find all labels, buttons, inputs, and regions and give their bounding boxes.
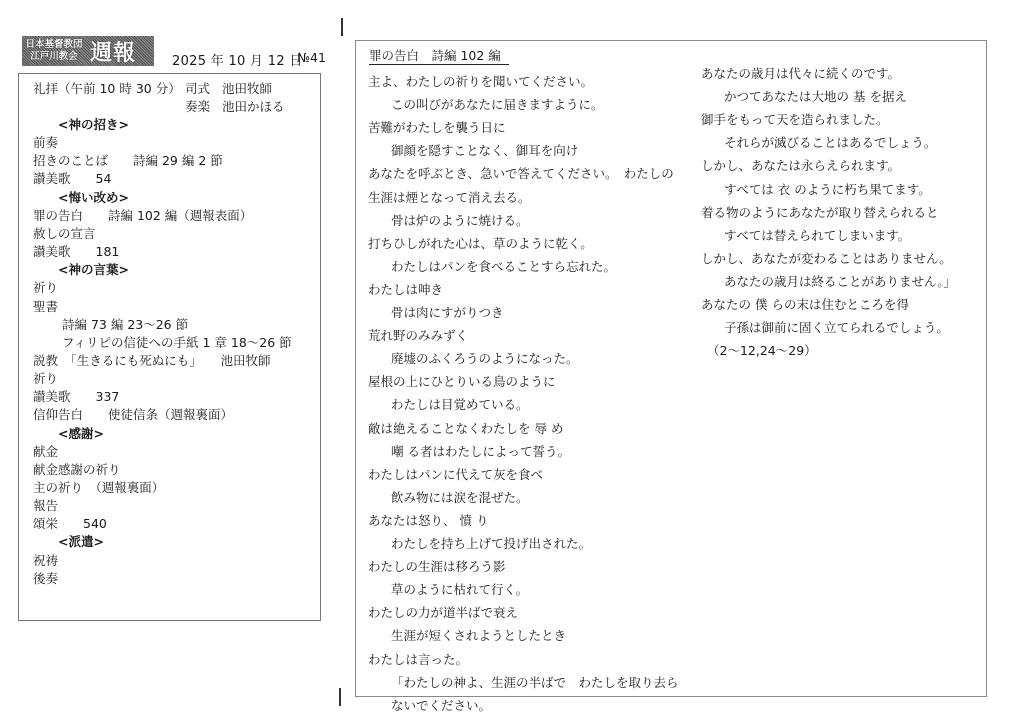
service-item: 祝祷: [33, 553, 58, 569]
psalm-line: ないでください。: [391, 698, 491, 714]
psalm-line: 骨は肉にすがりつき: [391, 305, 504, 321]
service-time: 礼拝（午前 10 時 30 分）: [33, 81, 181, 97]
psalm-line: 屋根の上にひとりいる鳥のように: [368, 374, 556, 390]
psalm-line: 敵は絶えることなくわたしを 辱 め: [368, 421, 563, 437]
psalm-line: あなたの歳月は終ることがありません。」: [724, 274, 956, 290]
section-heading: <悔い改め>: [58, 190, 129, 206]
psalm-line: 草のように枯れて行く。: [391, 582, 528, 598]
psalm-line: 嘲 る者はわたしによって誓う。: [391, 444, 570, 460]
section-heading: <派遣>: [58, 534, 104, 550]
service-item: 頌栄 540: [33, 516, 107, 532]
issue-number: №41: [297, 50, 326, 65]
psalm-line: わたしは目覚めている。: [391, 397, 529, 413]
service-item: 招きのことば 詩編 29 編 2 節: [33, 153, 223, 169]
service-item: 信仰告白 使徒信条（週報裏面）: [33, 407, 233, 423]
psalm-line: あなたの 僕 らの末は住むところを得: [701, 297, 909, 313]
psalm-line: わたしは呻き: [368, 282, 443, 298]
psalm-line: 生涯は煙となって消え去る。: [368, 190, 531, 206]
officiant-name: 池田牧師: [222, 81, 272, 97]
service-item: 詩編 73 編 23～26 節: [62, 317, 188, 333]
psalm-line: 荒れ野のみみずく: [368, 328, 468, 344]
fold-mark-bottom: [339, 688, 341, 706]
psalm-line: あなたは怒り、 憤 り: [368, 513, 488, 529]
psalm-line: 飲み物には涙を混ぜた。: [391, 490, 529, 506]
bulletin-title: 週報: [90, 36, 136, 67]
psalm-line: この叫びがあなたに届きますように。: [391, 97, 604, 113]
psalm-line: わたしはパンを食べることすら忘れた。: [391, 259, 616, 275]
psalm-line: わたしの生涯は移ろう影: [368, 559, 506, 575]
service-item: フィリピの信徒への手紙 1 章 18～26 節: [62, 335, 292, 351]
psalm-line: しかし、あなたが変わることはありません。: [701, 251, 952, 267]
bulletin-date: 2025 年 10 月 12 日: [172, 50, 303, 69]
section-heading: <感謝>: [58, 426, 104, 442]
church-name: 日本基督教団 江戸川教会: [22, 39, 86, 63]
psalm-line: 打ちひしがれた心は、草のように乾く。: [368, 236, 593, 252]
psalm-line: 御顔を隠すことなく、御耳を向け: [391, 143, 578, 159]
service-item: 献金感謝の祈り: [33, 462, 121, 478]
psalm-line: 主よ、わたしの祈りを聞いてください。: [368, 74, 593, 90]
service-item: 献金: [33, 444, 58, 460]
service-item: 讃美歌 181: [33, 244, 119, 260]
denomination-name: 日本基督教団: [25, 39, 82, 51]
service-item: 赦しの宣言: [33, 226, 96, 242]
service-item: 讃美歌 337: [33, 389, 119, 405]
service-item: 讃美歌 54: [33, 171, 111, 187]
service-item: 前奏: [33, 135, 58, 151]
section-heading: <神の言葉>: [58, 262, 129, 278]
organist-name: 池田かほる: [222, 99, 285, 115]
psalm-reference: （2～12,24～29）: [707, 343, 817, 359]
psalm-line: 「わたしの神よ、生涯の半ばで わたしを取り去ら: [391, 675, 679, 691]
psalm-line: わたしは言った。: [368, 652, 468, 668]
psalm-line: あなたの歳月は代々に続くのです。: [701, 66, 900, 82]
psalm-line: 廃墟のふくろうのようになった。: [391, 351, 579, 367]
psalm-line: 着る物のようにあなたが取り替えられると: [701, 205, 939, 221]
section-heading: <神の招き>: [58, 117, 129, 133]
psalm-line: しかし、あなたは永らえられます。: [701, 158, 900, 174]
psalm-line: 御手をもって天を造られました。: [701, 112, 889, 128]
service-item: 後奏: [33, 571, 58, 587]
service-item: 罪の告白 詩編 102 編（週報表面）: [33, 208, 252, 224]
psalm-line: わたしはパンに代えて灰を食べ: [368, 467, 543, 483]
officiant-label: 司式: [185, 81, 210, 97]
service-item: 祈り: [33, 280, 58, 296]
psalm-line: 生涯が短くされようとしたとき: [391, 628, 566, 644]
psalm-line: あなたを呼ぶとき、急いで答えてください。 わたしの: [368, 166, 674, 182]
congregation-name: 江戸川教会: [30, 51, 78, 63]
service-item: 説教 「生きるにも死ぬにも」 池田牧師: [33, 353, 271, 369]
service-item: 祈り: [33, 371, 58, 387]
psalm-line: 苦難がわたしを襲う日に: [368, 120, 506, 136]
psalm-line: かつてあなたは大地の 基 を据え: [724, 89, 907, 105]
psalm-title: 罪の告白 詩編 102 編: [369, 48, 509, 65]
service-item: 聖書: [33, 299, 58, 315]
psalm-line: 子孫は御前に固く立てられるでしょう。: [724, 320, 949, 336]
organist-label: 奏楽: [185, 99, 210, 115]
psalm-line: すべては 衣 のように朽ち果てます。: [724, 182, 931, 198]
service-item: 主の祈り （週報裏面）: [33, 480, 164, 496]
church-logo: 日本基督教団 江戸川教会 週報: [22, 36, 154, 66]
psalm-line: わたしを持ち上げて投げ出された。: [391, 536, 591, 552]
psalm-line: それらが滅びることはあるでしょう。: [724, 135, 936, 151]
psalm-line: わたしの力が道半ばで衰え: [368, 605, 518, 621]
service-item: 報告: [33, 498, 58, 514]
psalm-line: すべては替えられてしまいます。: [724, 228, 910, 244]
fold-mark-top: [341, 18, 343, 36]
psalm-line: 骨は炉のように焼ける。: [391, 213, 529, 229]
